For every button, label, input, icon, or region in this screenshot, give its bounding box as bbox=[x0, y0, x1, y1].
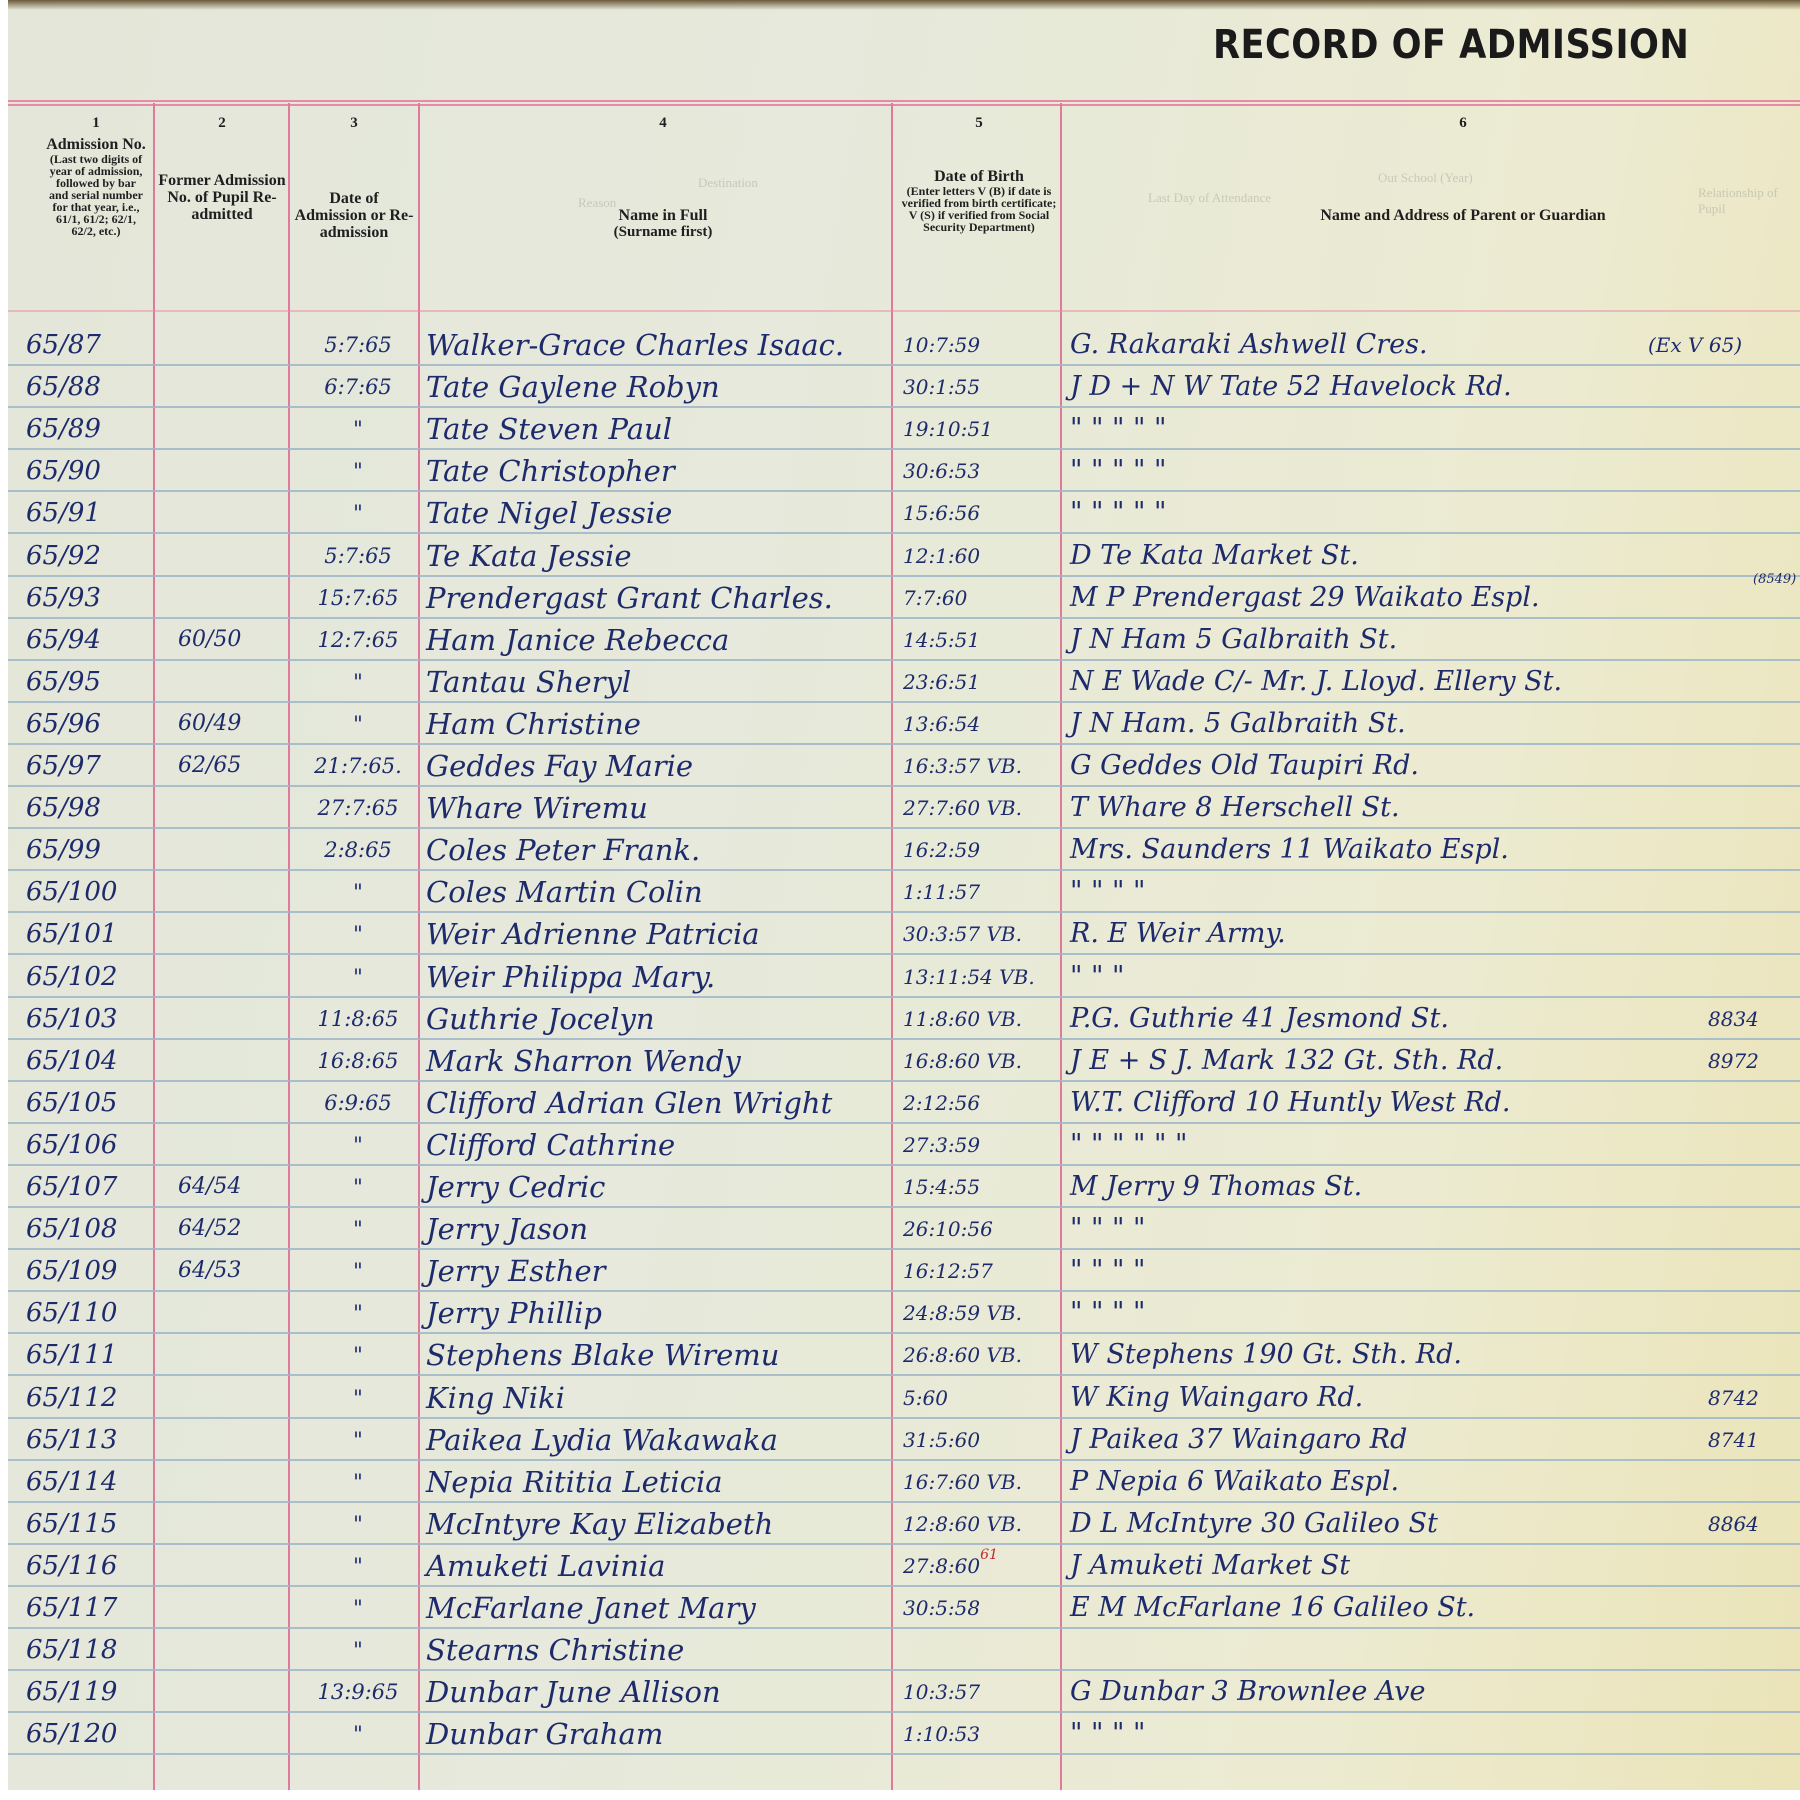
parent-guardian: " " " " bbox=[1070, 1713, 1145, 1755]
column-title: Name in Full bbox=[568, 207, 758, 224]
phone-or-note: 8864 bbox=[1708, 1503, 1759, 1545]
ledger-page: RECORD OF ADMISSION Destination Reason L… bbox=[8, 0, 1800, 1790]
column-note: (Surname first) bbox=[568, 224, 758, 241]
column-header-name: 4 Name in Full (Surname first) bbox=[568, 115, 758, 241]
parent-guardian: J N Ham 5 Galbraith St. bbox=[1070, 619, 1397, 661]
date-of-birth: 16:2:59 bbox=[903, 829, 980, 871]
admission-date: 21:7:65. bbox=[298, 745, 418, 787]
admission-number: 65/92 bbox=[26, 535, 101, 577]
parent-guardian: " " " " " bbox=[1070, 492, 1166, 534]
phone-or-note: 8741 bbox=[1708, 1419, 1759, 1461]
admission-number: 65/100 bbox=[26, 871, 117, 913]
table-row: 65/925:7:65Te Kata Jessie12:1:60D Te Kat… bbox=[8, 535, 1800, 577]
admission-date: " bbox=[298, 492, 418, 534]
admission-number: 65/93 bbox=[26, 577, 101, 619]
admission-date: " bbox=[298, 1124, 418, 1166]
admission-date: " bbox=[298, 408, 418, 450]
parent-guardian: Mrs. Saunders 11 Waikato Espl. bbox=[1070, 829, 1509, 871]
parent-guardian: J E + S J. Mark 132 Gt. Sth. Rd. bbox=[1070, 1040, 1503, 1082]
pupil-name: Stearns Christine bbox=[426, 1629, 684, 1671]
pupil-name: Jerry Phillip bbox=[426, 1292, 602, 1334]
table-row: 65/101"Weir Adrienne Patricia30:3:57 VB.… bbox=[8, 913, 1800, 955]
phone-or-note: (Ex V 65) bbox=[1648, 324, 1742, 366]
pupil-name: Amuketi Lavinia bbox=[426, 1545, 665, 1587]
admission-date: " bbox=[298, 956, 418, 998]
pupil-name: McFarlane Janet Mary bbox=[426, 1587, 756, 1629]
admission-number: 65/90 bbox=[26, 450, 101, 492]
pupil-name: Tate Christopher bbox=[426, 450, 675, 492]
parent-guardian: R. E Weir Army. bbox=[1070, 913, 1286, 955]
admission-date: 27:7:65 bbox=[298, 787, 418, 829]
parent-guardian: " " " " bbox=[1070, 1292, 1145, 1334]
former-admission-number: 60/50 bbox=[178, 619, 241, 661]
pupil-name: Clifford Adrian Glen Wright bbox=[426, 1082, 832, 1124]
date-of-birth: 14:5:51 bbox=[903, 619, 980, 661]
admission-number: 65/88 bbox=[26, 366, 101, 408]
admission-number: 65/120 bbox=[26, 1713, 117, 1755]
parent-guardian: " " " " bbox=[1070, 1250, 1145, 1292]
admission-date: 16:8:65 bbox=[298, 1040, 418, 1082]
admission-number: 65/103 bbox=[26, 998, 117, 1040]
column-header-parent-guardian: 6 Name and Address of Parent or Guardian bbox=[1208, 115, 1718, 224]
pupil-name: McIntyre Kay Elizabeth bbox=[426, 1503, 773, 1545]
parent-guardian: " " " " " bbox=[1070, 450, 1166, 492]
column-title: Date of Admission or Re-admission bbox=[293, 190, 415, 241]
table-row: 65/10864/52"Jerry Jason26:10:56" " " " bbox=[8, 1208, 1800, 1250]
admission-number: 65/116 bbox=[26, 1545, 117, 1587]
admission-date: " bbox=[298, 913, 418, 955]
table-row: 65/9660/49"Ham Christine13:6:54J N Ham. … bbox=[8, 703, 1800, 745]
admission-date: 6:9:65 bbox=[298, 1082, 418, 1124]
header-rule bbox=[8, 100, 1800, 106]
admission-number: 65/118 bbox=[26, 1629, 117, 1671]
admission-number: 65/105 bbox=[26, 1082, 117, 1124]
pupil-name: Jerry Esther bbox=[426, 1250, 606, 1292]
date-of-birth: 1:10:53 bbox=[903, 1713, 980, 1755]
table-row: 65/886:7:65Tate Gaylene Robyn30:1:55J D … bbox=[8, 366, 1800, 408]
table-row: 65/102"Weir Philippa Mary.13:11:54 VB." … bbox=[8, 956, 1800, 998]
admission-number: 65/113 bbox=[26, 1419, 117, 1461]
date-of-birth: 11:8:60 VB. bbox=[903, 998, 1022, 1040]
admission-date: " bbox=[298, 1587, 418, 1629]
pupil-name: Coles Martin Colin bbox=[426, 871, 703, 913]
admission-date: 13:9:65 bbox=[298, 1671, 418, 1713]
date-of-birth: 15:6:56 bbox=[903, 492, 980, 534]
admission-number: 65/109 bbox=[26, 1250, 117, 1292]
parent-guardian: " " " " " bbox=[1070, 408, 1166, 450]
parent-guardian: " " " bbox=[1070, 956, 1124, 998]
parent-guardian: N E Wade C/- Mr. J. Lloyd. Ellery St. bbox=[1070, 661, 1562, 703]
table-row: 65/100"Coles Martin Colin1:11:57" " " " bbox=[8, 871, 1800, 913]
date-of-birth: 24:8:59 VB. bbox=[903, 1292, 1022, 1334]
table-row: 65/95"Tantau Sheryl23:6:51N E Wade C/- M… bbox=[8, 661, 1800, 703]
date-of-birth: 30:5:58 bbox=[903, 1587, 980, 1629]
former-admission-number: 62/65 bbox=[178, 745, 241, 787]
parent-guardian: M Jerry 9 Thomas St. bbox=[1070, 1166, 1362, 1208]
admission-date: " bbox=[298, 1503, 418, 1545]
table-row: 65/120"Dunbar Graham1:10:53" " " " bbox=[8, 1713, 1800, 1755]
column-number: 3 bbox=[293, 115, 415, 132]
pupil-name: Dunbar June Allison bbox=[426, 1671, 721, 1713]
column-number: 5 bbox=[900, 115, 1058, 132]
former-admission-number: 64/52 bbox=[178, 1208, 241, 1250]
column-note: (Last two digits of year of admission, f… bbox=[46, 153, 146, 237]
pupil-name: Stephens Blake Wiremu bbox=[426, 1334, 779, 1376]
admission-number: 65/89 bbox=[26, 408, 101, 450]
admission-date: 5:7:65 bbox=[298, 324, 418, 366]
date-of-birth: 12:8:60 VB. bbox=[903, 1503, 1022, 1545]
date-of-birth: 30:3:57 VB. bbox=[903, 913, 1022, 955]
parent-guardian: " " " " bbox=[1070, 1208, 1145, 1250]
parent-guardian: G Geddes Old Taupiri Rd. bbox=[1070, 745, 1419, 787]
admission-number: 65/114 bbox=[26, 1461, 117, 1503]
date-of-birth: 27:3:59 bbox=[903, 1124, 980, 1166]
date-of-birth: 16:8:60 VB. bbox=[903, 1040, 1022, 1082]
pupil-name: Jerry Jason bbox=[426, 1208, 588, 1250]
admission-number: 65/102 bbox=[26, 956, 117, 998]
parent-guardian: W King Waingaro Rd. bbox=[1070, 1377, 1363, 1419]
pupil-name: Tate Nigel Jessie bbox=[426, 492, 672, 534]
table-row: 65/111"Stephens Blake Wiremu26:8:60 VB.W… bbox=[8, 1334, 1800, 1376]
table-row: 65/10311:8:65Guthrie Jocelyn11:8:60 VB.P… bbox=[8, 998, 1800, 1040]
pupil-name: Tate Gaylene Robyn bbox=[426, 366, 720, 408]
admission-date: " bbox=[298, 1461, 418, 1503]
admission-number: 65/107 bbox=[26, 1166, 117, 1208]
pupil-name: Tantau Sheryl bbox=[426, 661, 631, 703]
admission-date: " bbox=[298, 1545, 418, 1587]
table-row: 65/110"Jerry Phillip24:8:59 VB." " " " bbox=[8, 1292, 1800, 1334]
admission-date: 15:7:65 bbox=[298, 577, 418, 619]
phone-or-note: 8972 bbox=[1708, 1040, 1759, 1082]
admission-number: 65/87 bbox=[26, 324, 101, 366]
pupil-name: Ham Janice Rebecca bbox=[426, 619, 729, 661]
admission-date: " bbox=[298, 871, 418, 913]
admission-date: 5:7:65 bbox=[298, 535, 418, 577]
admission-date: " bbox=[298, 1377, 418, 1419]
date-of-birth: 30:1:55 bbox=[903, 366, 980, 408]
admission-number: 65/111 bbox=[26, 1334, 117, 1376]
date-of-birth: 31:5:60 bbox=[903, 1419, 980, 1461]
pupil-name: Dunbar Graham bbox=[426, 1713, 663, 1755]
admission-number: 65/97 bbox=[26, 745, 101, 787]
date-of-birth: 26:8:60 VB. bbox=[903, 1334, 1022, 1376]
admission-date: 6:7:65 bbox=[298, 366, 418, 408]
admission-number: 65/91 bbox=[26, 492, 101, 534]
admission-date: " bbox=[298, 1629, 418, 1671]
pupil-name: Whare Wiremu bbox=[426, 787, 648, 829]
former-admission-number: 60/49 bbox=[178, 703, 241, 745]
phone-or-note: (8549) bbox=[1753, 559, 1796, 601]
column-title: Name and Address of Parent or Guardian bbox=[1208, 207, 1718, 224]
parent-guardian: D Te Kata Market St. bbox=[1070, 535, 1359, 577]
admission-date: 11:8:65 bbox=[298, 998, 418, 1040]
admission-number: 65/98 bbox=[26, 787, 101, 829]
table-row: 65/9460/5012:7:65Ham Janice Rebecca14:5:… bbox=[8, 619, 1800, 661]
date-of-birth: 16:7:60 VB. bbox=[903, 1461, 1022, 1503]
pupil-name: Te Kata Jessie bbox=[426, 535, 632, 577]
date-of-birth: 23:6:51 bbox=[903, 661, 980, 703]
date-of-birth: 12:1:60 bbox=[903, 535, 980, 577]
parent-guardian: G Dunbar 3 Brownlee Ave bbox=[1070, 1671, 1426, 1713]
date-of-birth: 13:11:54 VB. bbox=[903, 956, 1035, 998]
table-row: 65/9315:7:65Prendergast Grant Charles.7:… bbox=[8, 577, 1800, 619]
admission-date: " bbox=[298, 1250, 418, 1292]
parent-guardian: T Whare 8 Herschell St. bbox=[1070, 787, 1400, 829]
parent-guardian: W Stephens 190 Gt. Sth. Rd. bbox=[1070, 1334, 1462, 1376]
pupil-name: King Niki bbox=[426, 1377, 565, 1419]
admission-number: 65/115 bbox=[26, 1503, 117, 1545]
parent-guardian: M P Prendergast 29 Waikato Espl. bbox=[1070, 577, 1540, 619]
table-row: 65/115"McIntyre Kay Elizabeth12:8:60 VB.… bbox=[8, 1503, 1800, 1545]
table-row: 65/117"McFarlane Janet Mary30:5:58E M Mc… bbox=[8, 1587, 1800, 1629]
table-row: 65/118"Stearns Christine bbox=[8, 1629, 1800, 1671]
parent-guardian: J N Ham. 5 Galbraith St. bbox=[1070, 703, 1406, 745]
admission-date: " bbox=[298, 1713, 418, 1755]
table-row: 65/11913:9:65Dunbar June Allison10:3:57G… bbox=[8, 1671, 1800, 1713]
pupil-name: Weir Philippa Mary. bbox=[426, 956, 715, 998]
pupil-name: Guthrie Jocelyn bbox=[426, 998, 655, 1040]
phone-or-note: 8742 bbox=[1708, 1377, 1759, 1419]
phone-or-note: 8834 bbox=[1708, 998, 1759, 1040]
column-number: 4 bbox=[568, 115, 758, 132]
table-row: 65/106"Clifford Cathrine27:3:59" " " " "… bbox=[8, 1124, 1800, 1166]
table-row: 65/91"Tate Nigel Jessie15:6:56" " " " " bbox=[8, 492, 1800, 534]
parent-guardian: P Nepia 6 Waikato Espl. bbox=[1070, 1461, 1399, 1503]
column-number: 6 bbox=[1208, 115, 1718, 132]
column-header-admission-no: 1 Admission No. (Last two digits of year… bbox=[46, 115, 146, 237]
parent-guardian: P.G. Guthrie 41 Jesmond St. bbox=[1070, 998, 1449, 1040]
table-row: 65/113"Paikea Lydia Wakawaka31:5:60J Pai… bbox=[8, 1419, 1800, 1461]
admission-date: " bbox=[298, 661, 418, 703]
parent-guardian: D L McIntyre 30 Galileo St bbox=[1070, 1503, 1438, 1545]
pupil-name: Coles Peter Frank. bbox=[426, 829, 700, 871]
date-of-birth: 7:7:60 bbox=[903, 577, 967, 619]
parent-guardian: J Paikea 37 Waingaro Rd bbox=[1070, 1419, 1407, 1461]
admission-number: 65/104 bbox=[26, 1040, 117, 1082]
admission-number: 65/117 bbox=[26, 1587, 117, 1629]
admission-number: 65/94 bbox=[26, 619, 101, 661]
column-number: 1 bbox=[46, 115, 146, 132]
column-header-date-admission: 3 Date of Admission or Re-admission bbox=[293, 115, 415, 241]
date-of-birth: 1:11:57 bbox=[903, 871, 980, 913]
column-header-former-admission: 2 Former Admission No. of Pupil Re-admit… bbox=[158, 115, 286, 223]
column-title: Admission No. bbox=[46, 136, 146, 153]
parent-guardian: " " " " " " bbox=[1070, 1124, 1187, 1166]
pupil-name: Nepia Rititia Leticia bbox=[426, 1461, 723, 1503]
pupil-name: Walker-Grace Charles Isaac. bbox=[426, 324, 844, 366]
header-bottom-rule bbox=[8, 310, 1800, 312]
admission-date: " bbox=[298, 1166, 418, 1208]
pupil-name: Prendergast Grant Charles. bbox=[426, 577, 833, 619]
parent-guardian: W.T. Clifford 10 Huntly West Rd. bbox=[1070, 1082, 1511, 1124]
date-of-birth: 5:60 bbox=[903, 1377, 948, 1419]
pupil-name: Jerry Cedric bbox=[426, 1166, 605, 1208]
admission-number: 65/95 bbox=[26, 661, 101, 703]
pupil-name: Weir Adrienne Patricia bbox=[426, 913, 760, 955]
column-title: Date of Birth bbox=[900, 168, 1058, 185]
pupil-name: Tate Steven Paul bbox=[426, 408, 672, 450]
column-header-date-of-birth: 5 Date of Birth (Enter letters V (B) if … bbox=[900, 115, 1058, 233]
date-of-birth: 30:6:53 bbox=[903, 450, 980, 492]
table-row: 65/116"Amuketi Lavinia27:8:6061J Amuketi… bbox=[8, 1545, 1800, 1587]
date-of-birth: 26:10:56 bbox=[903, 1208, 993, 1250]
admission-number: 65/106 bbox=[26, 1124, 117, 1166]
admission-date: " bbox=[298, 1419, 418, 1461]
former-admission-number: 64/53 bbox=[178, 1250, 241, 1292]
pupil-name: Ham Christine bbox=[426, 703, 641, 745]
date-of-birth: 2:12:56 bbox=[903, 1082, 980, 1124]
date-of-birth: 15:4:55 bbox=[903, 1166, 980, 1208]
date-of-birth: 16:3:57 VB. bbox=[903, 745, 1022, 787]
admission-date: " bbox=[298, 703, 418, 745]
admission-date: " bbox=[298, 1292, 418, 1334]
column-title: Former Admission No. of Pupil Re-admitte… bbox=[158, 172, 286, 223]
pupil-name: Geddes Fay Marie bbox=[426, 745, 693, 787]
pupil-name: Clifford Cathrine bbox=[426, 1124, 675, 1166]
date-of-birth: 10:3:57 bbox=[903, 1671, 980, 1713]
column-note: (Enter letters V (B) if date is verified… bbox=[900, 185, 1058, 233]
column-number: 2 bbox=[158, 115, 286, 132]
table-row: 65/875:7:65Walker-Grace Charles Isaac.10… bbox=[8, 324, 1800, 366]
date-of-birth: 27:8:6061 bbox=[903, 1545, 998, 1587]
admission-number: 65/119 bbox=[26, 1671, 117, 1713]
date-of-birth: 10:7:59 bbox=[903, 324, 980, 366]
table-row: 65/10416:8:65Mark Sharron Wendy16:8:60 V… bbox=[8, 1040, 1800, 1082]
admission-date: 12:7:65 bbox=[298, 619, 418, 661]
admission-number: 65/108 bbox=[26, 1208, 117, 1250]
table-row: 65/10964/53"Jerry Esther16:12:57" " " " bbox=[8, 1250, 1800, 1292]
pupil-name: Mark Sharron Wendy bbox=[426, 1040, 741, 1082]
admission-date: 2:8:65 bbox=[298, 829, 418, 871]
admission-number: 65/112 bbox=[26, 1377, 117, 1419]
admission-number: 65/110 bbox=[26, 1292, 117, 1334]
table-row: 65/90"Tate Christopher30:6:53" " " " " bbox=[8, 450, 1800, 492]
admission-date: " bbox=[298, 450, 418, 492]
parent-guardian: E M McFarlane 16 Galileo St. bbox=[1070, 1587, 1475, 1629]
date-of-birth: 13:6:54 bbox=[903, 703, 980, 745]
parent-guardian: J D + N W Tate 52 Havelock Rd. bbox=[1070, 366, 1512, 408]
page-title: RECORD OF ADMISSION bbox=[1213, 22, 1689, 68]
date-of-birth: 16:12:57 bbox=[903, 1250, 993, 1292]
table-row: 65/10764/54"Jerry Cedric15:4:55M Jerry 9… bbox=[8, 1166, 1800, 1208]
parent-guardian: G. Rakaraki Ashwell Cres. bbox=[1070, 324, 1428, 366]
dob-correction: 61 bbox=[980, 1547, 998, 1563]
admission-date: " bbox=[298, 1334, 418, 1376]
parent-guardian: J Amuketi Market St bbox=[1070, 1545, 1350, 1587]
admission-number: 65/101 bbox=[26, 913, 117, 955]
table-row: 65/112"King Niki5:60W King Waingaro Rd.8… bbox=[8, 1377, 1800, 1419]
admission-number: 65/99 bbox=[26, 829, 101, 871]
date-of-birth: 19:10:51 bbox=[903, 408, 993, 450]
table-row: 65/992:8:65Coles Peter Frank.16:2:59Mrs.… bbox=[8, 829, 1800, 871]
table-row: 65/114"Nepia Rititia Leticia16:7:60 VB.P… bbox=[8, 1461, 1800, 1503]
pupil-name: Paikea Lydia Wakawaka bbox=[426, 1419, 778, 1461]
table-row: 65/89"Tate Steven Paul19:10:51" " " " " bbox=[8, 408, 1800, 450]
parent-guardian: " " " " bbox=[1070, 871, 1145, 913]
date-of-birth: 27:7:60 VB. bbox=[903, 787, 1022, 829]
admission-number: 65/96 bbox=[26, 703, 101, 745]
table-row: 65/9762/6521:7:65.Geddes Fay Marie16:3:5… bbox=[8, 745, 1800, 787]
table-row: 65/1056:9:65Clifford Adrian Glen Wright2… bbox=[8, 1082, 1800, 1124]
admission-date: " bbox=[298, 1208, 418, 1250]
table-row: 65/9827:7:65Whare Wiremu27:7:60 VB.T Wha… bbox=[8, 787, 1800, 829]
former-admission-number: 64/54 bbox=[178, 1166, 241, 1208]
